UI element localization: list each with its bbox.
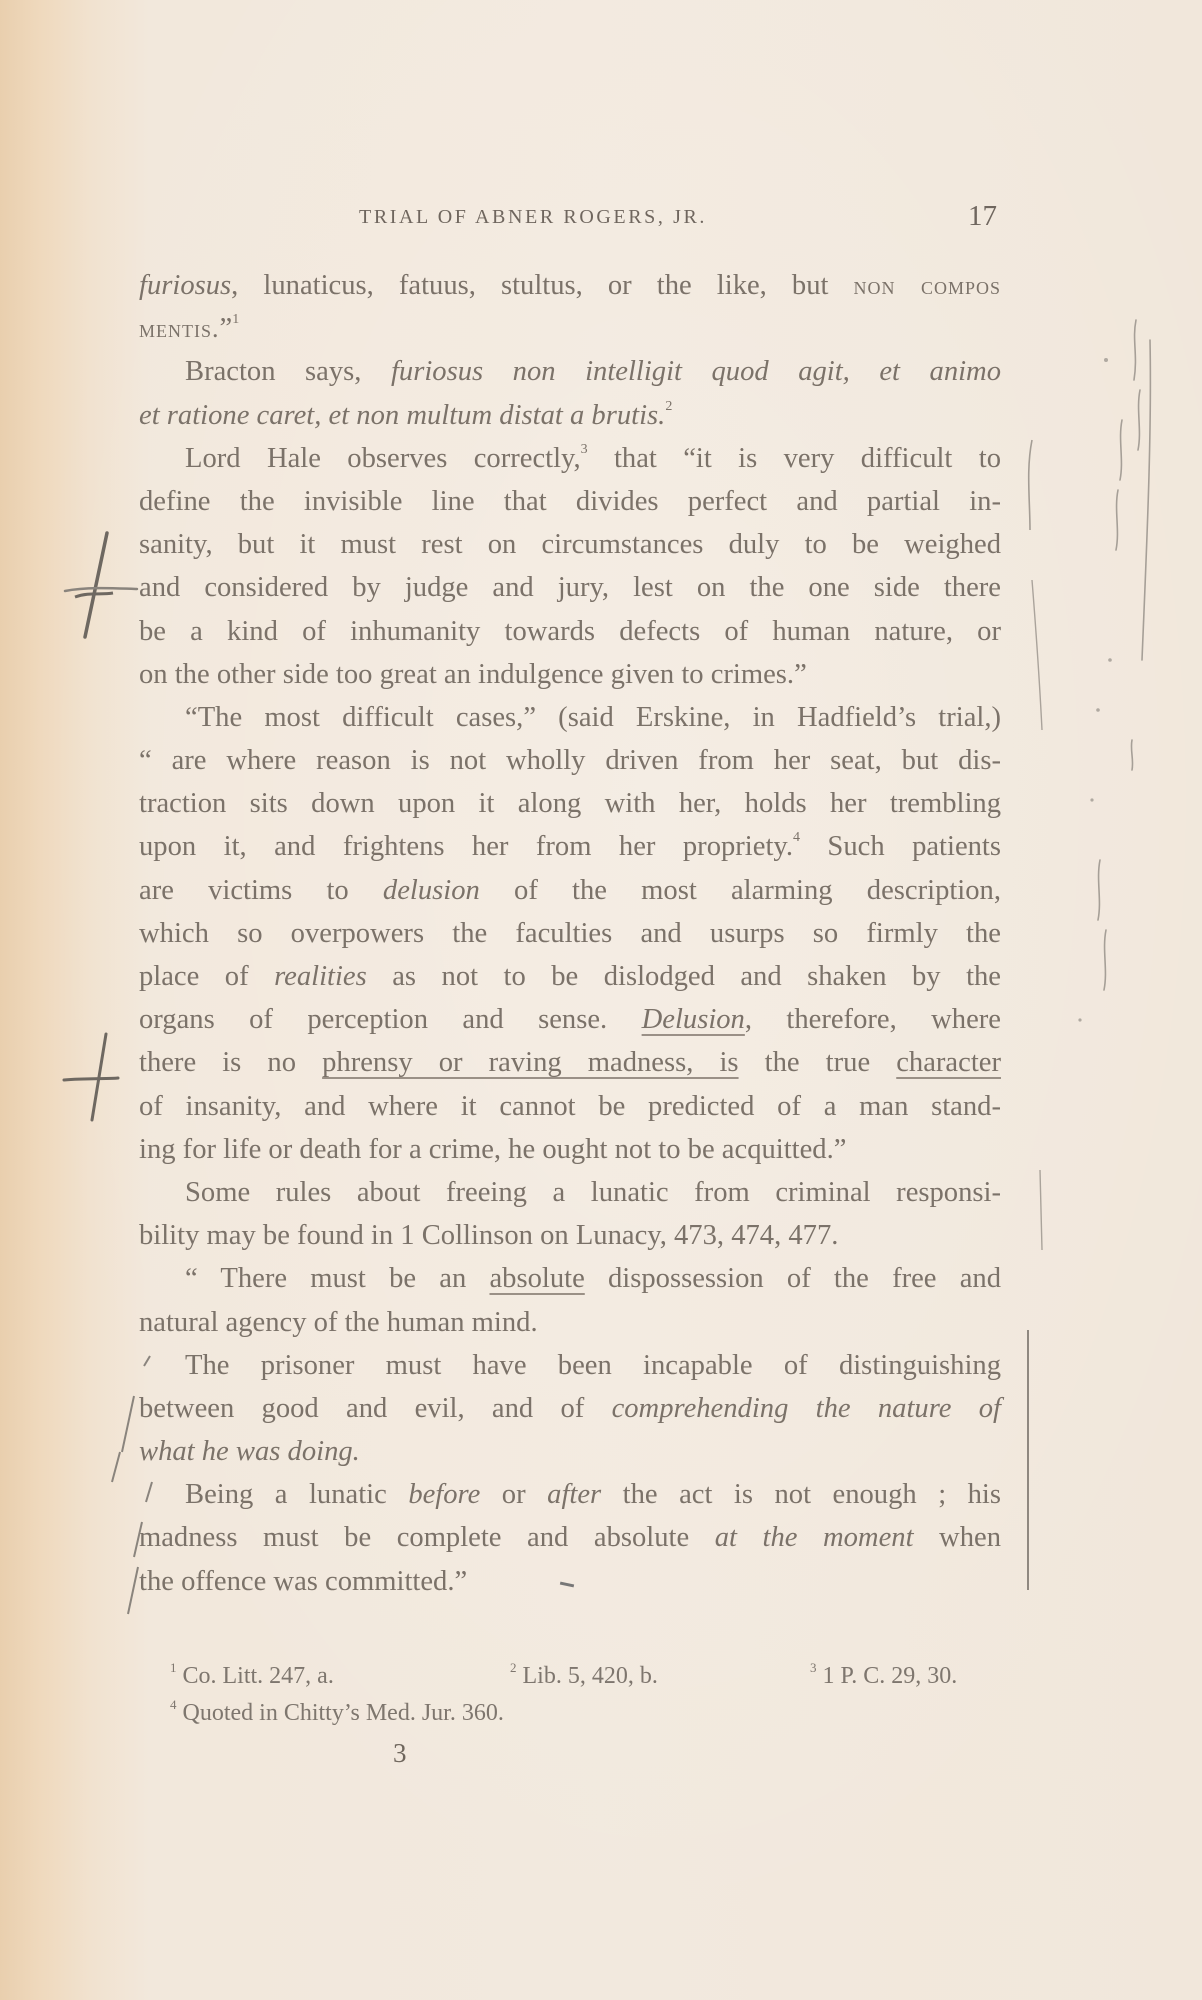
footnote-ref: 1	[232, 312, 239, 327]
text-line: of insanity, and where it cannot be pred…	[139, 1085, 1001, 1128]
text-segment: The prisoner must have been incapable of…	[185, 1350, 1001, 1381]
footnote-text: Quoted in Chitty’s Med. Jur. 360.	[183, 1700, 504, 1726]
text-line: traction sits down upon it along with he…	[139, 782, 1001, 825]
text-line: “The most difficult cases,” (said Erskin…	[139, 696, 1001, 739]
text-segment: at the moment	[715, 1522, 914, 1553]
text-segment: traction sits down upon it along with he…	[139, 788, 1001, 819]
text-segment: sanity, but it must rest on circumstance…	[139, 529, 1001, 560]
footnote-2: 2 Lib. 5, 420, b.	[510, 1658, 658, 1695]
text-line: place of realities as not to be dislodge…	[139, 955, 1001, 998]
text-line: bility may be found in 1 Collinson on Lu…	[139, 1214, 1001, 1257]
text-line: define the invisible line that divides p…	[139, 480, 1001, 523]
footnote-row-1: 1 Co. Litt. 247, a. 2 Lib. 5, 420, b. 3 …	[170, 1658, 1000, 1695]
running-title: TRIAL OF ABNER ROGERS, JR.	[359, 206, 707, 229]
text-segment: that “it is very difficult to	[588, 443, 1001, 474]
text-segment: when	[914, 1522, 1001, 1553]
text-segment: furiosus	[139, 270, 231, 301]
text-line: there is no phrensy or raving madness, i…	[139, 1041, 1001, 1084]
text-segment: between good and evil, and of	[139, 1393, 612, 1424]
text-segment: what he was doing.	[139, 1436, 360, 1467]
text-line: upon it, and frightens her from her prop…	[139, 825, 1001, 868]
text-segment: et ratione caret, et non multum distat a…	[139, 400, 665, 431]
text-segment: non compos	[854, 271, 1001, 300]
text-segment: character	[896, 1047, 1001, 1078]
text-segment: Some rules about freeing a lunatic from …	[185, 1177, 1001, 1208]
text-segment: Delusion	[642, 1004, 745, 1035]
body-text: furiosus, lunaticus, fatuus, stultus, or…	[139, 264, 1001, 1603]
text-segment: are victims to	[139, 875, 383, 906]
text-segment: Being a lunatic	[185, 1479, 408, 1510]
text-segment: “The most difficult cases,” (said Erskin…	[185, 702, 1001, 733]
text-line: Some rules about freeing a lunatic from …	[139, 1171, 1001, 1214]
footnote-text: Lib. 5, 420, b.	[523, 1663, 658, 1689]
text-segment: the offence was committed.”	[139, 1566, 467, 1597]
text-segment: natural agency of the human mind.	[139, 1307, 538, 1338]
text-segment: bility may be found in 1 Collinson on Lu…	[139, 1220, 838, 1251]
text-segment: absolute	[489, 1263, 584, 1294]
footnote-text: 1 P. C. 29, 30.	[823, 1663, 958, 1689]
text-segment: place of	[139, 961, 274, 992]
footnote-ref: 4	[793, 830, 800, 845]
text-line: mentis.”1	[139, 307, 1001, 350]
footnote-mark: 4	[170, 1697, 177, 1712]
text-segment: the act is not enough ; his	[601, 1479, 1001, 1510]
page-number: 17	[968, 200, 997, 233]
text-segment: Such patients	[800, 831, 1001, 862]
text-line: sanity, but it must rest on circumstance…	[139, 523, 1001, 566]
text-line: between good and evil, and of comprehend…	[139, 1387, 1001, 1430]
text-segment: the true	[739, 1047, 897, 1078]
text-segment: upon it, and frightens her from her prop…	[139, 831, 793, 862]
text-line: et ratione caret, et non multum distat a…	[139, 394, 1001, 437]
text-line: are victims to delusion of the most alar…	[139, 869, 1001, 912]
text-segment: on the other side too great an indulgenc…	[139, 659, 807, 690]
text-segment: comprehending the nature of	[612, 1393, 1001, 1424]
text-line: on the other side too great an indulgenc…	[139, 653, 1001, 696]
text-line: Bracton says, furiosus non intelligit qu…	[139, 350, 1001, 393]
text-line: “ are where reason is not wholly driven …	[139, 739, 1001, 782]
footnote-mark: 2	[510, 1660, 517, 1675]
text-segment: , therefore, where	[745, 1004, 1001, 1035]
text-line: ing for life or death for a crime, he ou…	[139, 1128, 1001, 1171]
running-head: TRIAL OF ABNER ROGERS, JR. 17	[139, 202, 1001, 232]
text-line: furiosus, lunaticus, fatuus, stultus, or…	[139, 264, 1001, 307]
text-line: madness must be complete and absolute at…	[139, 1516, 1001, 1559]
text-line: which so overpowers the faculties and us…	[139, 912, 1001, 955]
footnote-ref: 2	[665, 399, 672, 414]
text-line: be a kind of inhumanity towards defects …	[139, 610, 1001, 653]
text-segment: furiosus non intelligit quod agit, et an…	[391, 356, 1001, 387]
text-segment: be a kind of inhumanity towards defects …	[139, 616, 1001, 647]
text-segment: realities	[274, 961, 367, 992]
text-segment: organs of perception and sense.	[139, 1004, 642, 1035]
text-line: and considered by judge and jury, lest o…	[139, 566, 1001, 609]
text-segment: of the most alarming description,	[480, 875, 1001, 906]
text-segment: which so overpowers the faculties and us…	[139, 918, 1001, 949]
text-line: organs of perception and sense. Delusion…	[139, 998, 1001, 1041]
text-segment: mentis.	[139, 314, 220, 343]
text-line: natural agency of the human mind.	[139, 1301, 1001, 1344]
text-segment: as not to be dislodged and shaken by the	[367, 961, 1001, 992]
text-line: what he was doing.	[139, 1430, 1001, 1473]
footnote-text: Co. Litt. 247, a.	[183, 1663, 334, 1689]
text-line: Lord Hale observes correctly,3 that “it …	[139, 437, 1001, 480]
text-segment: of insanity, and where it cannot be pred…	[139, 1091, 1001, 1122]
text-segment: Lord Hale observes correctly,	[185, 443, 581, 474]
text-segment: “ are where reason is not wholly driven …	[139, 745, 1001, 776]
text-line: the offence was committed.”	[139, 1560, 1001, 1603]
footnote-mark: 3	[810, 1660, 817, 1675]
text-segment: dispossession of the free and	[585, 1263, 1001, 1294]
text-segment: madness must be complete and absolute	[139, 1522, 715, 1553]
text-segment: delusion	[383, 875, 480, 906]
text-segment: and considered by judge and jury, lest o…	[139, 572, 1001, 603]
footnote-4: 4 Quoted in Chitty’s Med. Jur. 360.	[170, 1695, 504, 1732]
text-segment: define the invisible line that divides p…	[139, 486, 1001, 517]
footnote-row-2: 4 Quoted in Chitty’s Med. Jur. 360.	[170, 1695, 1000, 1732]
text-segment: Bracton says,	[185, 356, 391, 387]
footnote-3: 3 1 P. C. 29, 30.	[810, 1658, 957, 1695]
text-segment: “ There must be an	[185, 1263, 489, 1294]
footnotes: 1 Co. Litt. 247, a. 2 Lib. 5, 420, b. 3 …	[170, 1658, 1000, 1732]
text-line: The prisoner must have been incapable of…	[139, 1344, 1001, 1387]
text-line: “ There must be an absolute dispossessio…	[139, 1257, 1001, 1300]
footnote-ref: 3	[581, 442, 588, 457]
text-segment: or	[480, 1479, 547, 1510]
text-segment: before	[408, 1479, 480, 1510]
footnote-1: 1 Co. Litt. 247, a.	[170, 1658, 334, 1695]
footnote-mark: 1	[170, 1660, 177, 1675]
signature-mark: 3	[393, 1738, 407, 1769]
text-segment: phrensy or raving madness, is	[322, 1047, 738, 1078]
text-segment: there is no	[139, 1047, 322, 1078]
text-segment: ing for life or death for a crime, he ou…	[139, 1134, 846, 1165]
text-segment: ”	[220, 313, 233, 344]
text-segment: , lunaticus, fatuus, stultus, or the lik…	[231, 270, 853, 301]
text-segment: after	[547, 1479, 601, 1510]
text-line: Being a lunatic before or after the act …	[139, 1473, 1001, 1516]
